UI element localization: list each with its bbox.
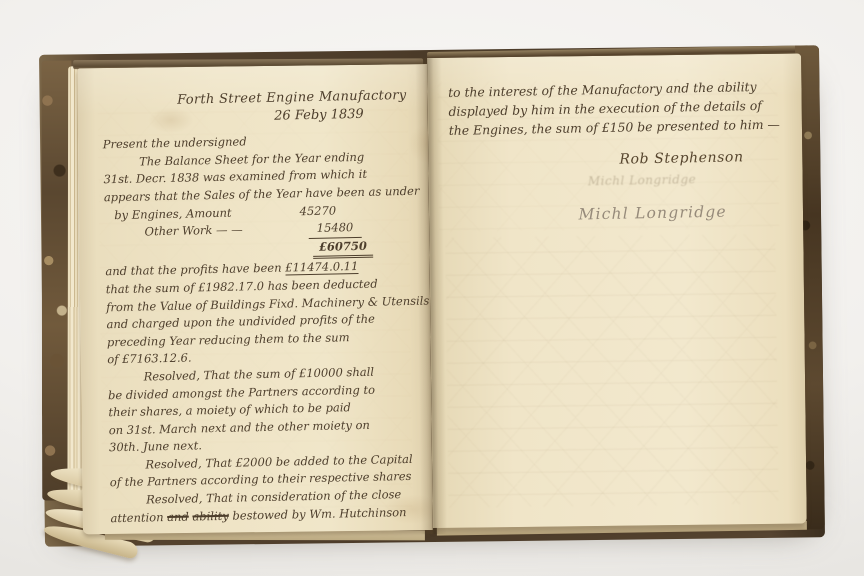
profit-amount: £11474.0.11 xyxy=(285,259,358,276)
signature-michl-longridge: Michl Longridge xyxy=(578,201,794,224)
signature-rob-stephenson: Rob Stephenson xyxy=(619,147,793,169)
minute-book: Forth Street Engine Manufactory 26 Feby … xyxy=(39,45,825,546)
line-text: bestowed by Wm. Hutchinson xyxy=(229,505,407,523)
struck-word: and xyxy=(167,509,189,523)
profit-text: and that the profits have been xyxy=(105,261,285,279)
signature-ghost-show-through: Michl Longridge xyxy=(588,168,794,191)
right-page: to the interest of the Manufactory and t… xyxy=(427,53,807,528)
figures-value: 15480 xyxy=(309,219,362,239)
left-page-text: Forth Street Engine Manufactory 26 Feby … xyxy=(77,64,433,534)
figures-label: Other Work — — xyxy=(104,222,243,243)
figures-value: 45270 xyxy=(299,202,336,220)
photo-background: Forth Street Engine Manufactory 26 Feby … xyxy=(0,0,864,576)
line-text: attention xyxy=(110,510,167,525)
figures-total-value: £60750 xyxy=(313,237,373,259)
left-page: Forth Street Engine Manufactory 26 Feby … xyxy=(77,64,433,534)
right-page-text: to the interest of the Manufactory and t… xyxy=(427,53,807,528)
struck-word: ability xyxy=(192,508,229,523)
